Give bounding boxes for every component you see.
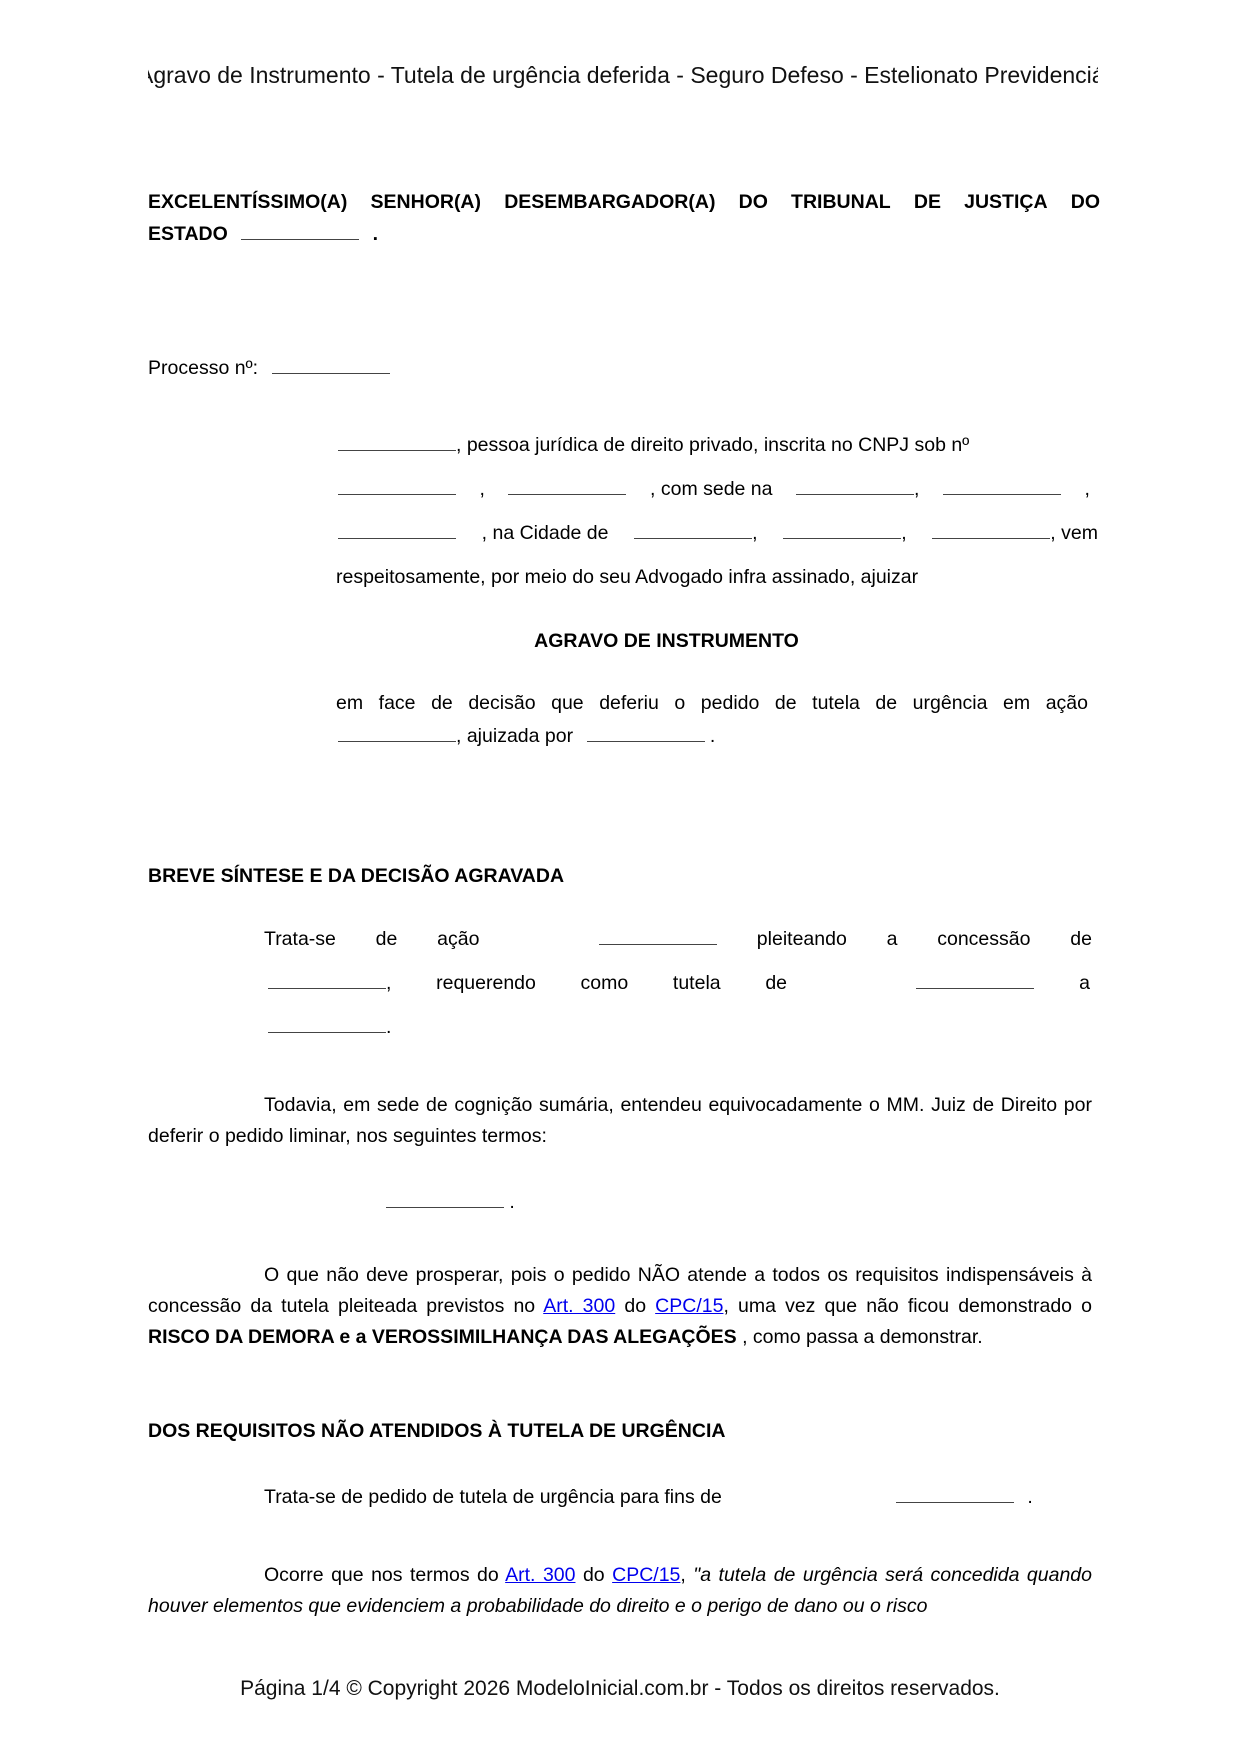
link-cpc-15[interactable]: CPC/15 <box>655 1295 723 1317</box>
summary-paragraph-3: O que não deve prosperar, pois o pedido … <box>148 1260 1092 1353</box>
header-title-text: Agravo de Instrumento - Tutela de urgênc… <box>148 62 1098 88</box>
qualification-line-2: , , com sede na , , <box>338 478 1090 501</box>
word: de <box>765 972 787 995</box>
link-art-300[interactable]: Art. 300 <box>543 1295 615 1317</box>
blank-field-address-4[interactable] <box>338 537 456 539</box>
paragraph-text: Ocorre que nos termos do <box>264 1564 505 1586</box>
decision-quote: . <box>386 1191 515 1214</box>
punctuation: . <box>1027 1486 1032 1508</box>
paragraph-text: , <box>680 1564 693 1586</box>
requirements-blank: . <box>896 1486 1033 1509</box>
addressee-word: DESEMBARGADOR(A) <box>504 186 715 218</box>
paragraph-text: , uma vez que não ficou demonstrado o <box>723 1295 1092 1317</box>
blank-field-state[interactable] <box>241 238 359 240</box>
word: a <box>887 928 898 951</box>
against-line-2: , ajuizada por . <box>338 725 715 748</box>
punctuation: . <box>386 1016 391 1038</box>
link-art-300[interactable]: Art. 300 <box>505 1564 575 1586</box>
requirements-paragraph-1: Trata-se de pedido de tutela de urgência… <box>264 1486 722 1509</box>
qualification-line-3: , na Cidade de , , , vem <box>338 522 1098 545</box>
word: Trata-se <box>264 928 336 951</box>
blank-field-request[interactable] <box>268 1031 386 1033</box>
word: tutela <box>673 972 721 995</box>
punctuation: . <box>373 223 378 245</box>
blank-field-urgency-type[interactable] <box>916 987 1034 989</box>
blank-field-benefit[interactable] <box>268 987 386 989</box>
word: de <box>376 928 398 951</box>
addressee-word: TRIBUNAL <box>791 186 891 218</box>
qualification-text: , vem <box>1050 522 1098 544</box>
summary-line-2: , requerendo como tutela de a <box>268 972 1090 995</box>
addressee-word: SENHOR(A) <box>371 186 482 218</box>
action-title: AGRAVO DE INSTRUMENTO <box>0 630 1240 653</box>
punctuation: , <box>480 478 485 501</box>
addressee-word: DE <box>914 186 941 218</box>
punctuation: . <box>509 1191 514 1213</box>
summary-paragraph-2: Todavia, em sede de cognição sumária, en… <box>148 1090 1092 1152</box>
punctuation: , <box>386 972 391 994</box>
word: requerendo <box>436 972 536 995</box>
blank-field-address-3[interactable] <box>943 493 1061 495</box>
blank-field-city[interactable] <box>634 537 752 539</box>
qualification-line-4: respeitosamente, por meio do seu Advogad… <box>336 566 918 589</box>
addressee-word: DO <box>1071 186 1100 218</box>
paragraph-text: do <box>575 1564 612 1586</box>
paragraph-text: do <box>615 1295 655 1317</box>
against-text: , ajuizada por <box>456 725 573 747</box>
word: de <box>1070 928 1092 951</box>
word: pleiteando <box>757 928 847 951</box>
punctuation: , <box>914 478 919 500</box>
addressee-line-1: EXCELENTÍSSIMO(A)SENHOR(A)DESEMBARGADOR(… <box>148 186 1100 218</box>
qualification-text: , com sede na <box>650 478 772 501</box>
punctuation: , <box>1085 478 1090 501</box>
blank-field-address-2[interactable] <box>796 493 914 495</box>
blank-field-purpose[interactable] <box>896 1501 1014 1503</box>
against-line-1: em face de decisão que deferiu o pedido … <box>336 692 1088 715</box>
word: a <box>1079 972 1090 995</box>
blank-field-address-1[interactable] <box>508 493 626 495</box>
qualification-text: , na Cidade de <box>482 522 609 545</box>
word: concessão <box>937 928 1030 951</box>
blank-field-decision-text[interactable] <box>386 1206 504 1208</box>
blank-field-state-uf[interactable] <box>783 537 901 539</box>
qualification-text: , pessoa jurídica de direito privado, in… <box>456 434 969 456</box>
addressee-line-2: ESTADO . <box>148 218 1100 250</box>
punctuation: . <box>710 725 715 747</box>
addressee-word: JUSTIÇA <box>964 186 1047 218</box>
paragraph-text: , como passa a demonstrar. <box>737 1326 983 1348</box>
addressee-word: DO <box>739 186 768 218</box>
punctuation: , <box>901 522 906 544</box>
blank-field-process-number[interactable] <box>272 372 390 374</box>
punctuation: , <box>752 522 757 544</box>
blank-field-action-type[interactable] <box>338 740 456 742</box>
blank-field-plaintiff[interactable] <box>587 740 705 742</box>
word: ação <box>437 928 479 951</box>
page-footer: Página 1/4 © Copyright 2026 ModeloInicia… <box>0 1677 1240 1701</box>
requirements-paragraph-2: Ocorre que nos termos do Art. 300 do CPC… <box>148 1560 1092 1622</box>
blank-field-action-name[interactable] <box>599 943 717 945</box>
blank-field-cnpj[interactable] <box>338 493 456 495</box>
summary-line-1: Trata-se de ação pleiteando a concessão … <box>264 928 1092 951</box>
emphasis-text: RISCO DA DEMORA e a VEROSSIMILHANÇA DAS … <box>148 1326 737 1348</box>
blank-field-zip[interactable] <box>932 537 1050 539</box>
section-heading-requirements: DOS REQUISITOS NÃO ATENDIDOS À TUTELA DE… <box>148 1420 725 1443</box>
process-number: Processo nº: <box>148 357 390 380</box>
qualification-line-1: , pessoa jurídica de direito privado, in… <box>338 434 1098 457</box>
process-number-label: Processo nº: <box>148 357 258 379</box>
paragraph-text: Trata-se de pedido de tutela de urgência… <box>264 1486 722 1508</box>
addressee-state-label: ESTADO <box>148 223 228 245</box>
blank-field-company-name[interactable] <box>338 449 456 451</box>
link-cpc-15[interactable]: CPC/15 <box>612 1564 680 1586</box>
addressee-block: EXCELENTÍSSIMO(A)SENHOR(A)DESEMBARGADOR(… <box>148 186 1100 250</box>
section-heading-summary: BREVE SÍNTESE E DA DECISÃO AGRAVADA <box>148 865 564 888</box>
addressee-word: EXCELENTÍSSIMO(A) <box>148 186 347 218</box>
summary-line-3: . <box>268 1016 391 1039</box>
document-header-title: Agravo de Instrumento - Tutela de urgênc… <box>148 62 1098 89</box>
word: como <box>581 972 629 995</box>
